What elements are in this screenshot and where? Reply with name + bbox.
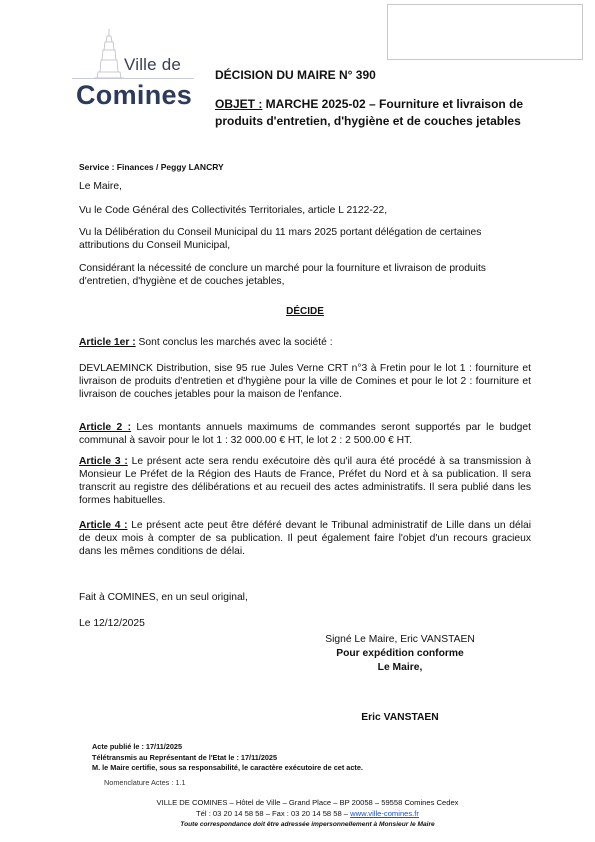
vu-code: Vu le Code Général des Collectivités Ter… [79,204,531,217]
decision-date: Le 12/12/2025 [79,617,531,630]
article-4-label: Article 4 : [79,520,128,531]
article-1-text: Sont conclus les marchés avec la société… [136,337,333,348]
logo: Ville de Comines [70,28,200,110]
transmitted-date: Télétransmis au Représentant de l'Etat l… [92,753,363,764]
article-1-label: Article 1er : [79,337,136,348]
document-subject: OBJET : MARCHE 2025-02 – Fourniture et l… [215,96,535,129]
subject-label: OBJET : [215,97,262,111]
article-1: Article 1er : Sont conclus les marchés a… [79,336,531,349]
signed-by: Signé Le Maire, Eric VANSTAEN [300,634,500,645]
pour-expedition: Pour expédition conforme [300,648,500,659]
logo-divider [72,78,194,79]
website-link[interactable]: www.ville-comines.fr [350,809,419,818]
article-3-label: Article 3 : [79,456,128,467]
article-3: Article 3 : Le présent acte sera rendu e… [79,455,531,507]
article-4: Article 4 : Le présent acte peut être dé… [79,519,531,558]
signature-name: Eric VANSTAEN [300,712,500,723]
considerant-rest: d'entretien, d'hygiène et de couches jet… [79,276,284,287]
vu-deliberation: Vu la Délibération du Conseil Municipal … [79,226,531,252]
article-2: Article 2 : Les montants annuels maximum… [79,421,531,447]
document-title: DÉCISION DU MAIRE N° 390 [215,68,376,82]
signature-role: Le Maire, [300,662,500,673]
footer-note: Toute correspondance doit être adressée … [60,819,555,830]
article-2-text: Les montants annuels maximums de command… [79,422,531,446]
fait-a: Fait à COMINES, en un seul original, [79,591,531,604]
article-4-text: Le présent acte peut être déféré devant … [79,520,531,557]
church-spire-icon [94,28,124,80]
service-line: Service : Finances / Peggy LANCRY [79,162,224,172]
article-2-label: Article 2 : [79,422,131,433]
salutation: Le Maire, [79,180,531,193]
published-date: Acte publié le : 17/11/2025 [92,742,363,753]
considerant: Considérant la nécessité de conclure un … [79,262,531,288]
footer-address: VILLE DE COMINES – Hôtel de Ville – Gran… [60,797,555,808]
nomenclature: Nomenclature Actes : 1.1 [104,778,186,787]
certification: M. le Maire certifie, sous sa responsabi… [92,763,363,774]
article-1-company: DEVLAEMINCK Distribution, sise 95 rue Ju… [79,362,531,401]
article-3-text: Le présent acte sera rendu exécutoire dè… [79,456,531,506]
stamp-box [387,4,583,60]
footer: VILLE DE COMINES – Hôtel de Ville – Gran… [60,797,555,830]
considerant-bold: Considérant la nécessité de conclure un … [79,263,486,274]
logo-ville: Ville de [124,55,181,75]
decide-heading: DÉCIDE [79,306,531,317]
acte-meta: Acte publié le : 17/11/2025 Télétransmis… [92,742,363,774]
footer-contact: Tél : 03 20 14 58 58 – Fax : 03 20 14 58… [60,808,555,819]
subject-text: MARCHE 2025-02 – Fourniture et livraison… [215,97,523,128]
footer-phone: Tél : 03 20 14 58 58 – Fax : 03 20 14 58… [196,809,350,818]
logo-comines: Comines [76,80,192,111]
